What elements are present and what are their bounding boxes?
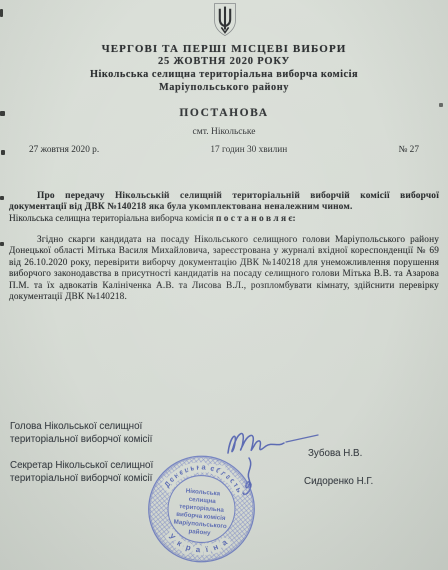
election-heading-line1: ЧЕРГОВІ ТА ПЕРШІ МІСЦЕВІ ВИБОРИ <box>0 43 448 55</box>
stamp-center-line: району <box>188 528 211 537</box>
scan-artifact <box>0 9 3 17</box>
chairperson-title: Голова Нікольської селищної територіальн… <box>10 420 205 446</box>
secretary-name: Сидоренко Н.Г. <box>304 475 373 488</box>
scan-artifact <box>439 103 443 107</box>
document-body: Про передачу Нікольській селищній терито… <box>9 191 439 304</box>
ukraine-trident-icon <box>212 2 238 38</box>
commission-round-stamp: Донецька область У к р а ї н а Нікольськ… <box>140 447 263 570</box>
resolution-line: Нікольська селищна територіальна виборча… <box>9 214 439 226</box>
resolve-intro: Нікольська селищна територіальна виборча… <box>9 214 214 224</box>
scan-artifact <box>0 196 4 200</box>
resolve-word: п о с т а н о в л я є: <box>216 214 296 224</box>
election-heading-line2: 25 ЖОВТНЯ 2020 РОКУ <box>0 56 448 67</box>
settlement-name: смт. Нікольське <box>0 127 448 137</box>
document-page: ЧЕРГОВІ ТА ПЕРШІ МІСЦЕВІ ВИБОРИ 25 ЖОВТН… <box>0 0 448 570</box>
body-paragraph: Згідно скарги кандидата на посаду Ніколь… <box>9 235 439 304</box>
district-name: Маріупольського району <box>0 82 448 93</box>
document-date: 27 жовтня 2020 р. <box>29 145 99 155</box>
document-meta-row: 27 жовтня 2020 р. 17 годин 30 хвилин № 2… <box>0 145 448 155</box>
subject-paragraph: Про передачу Нікольській селищній терито… <box>9 191 439 213</box>
scan-artifact <box>0 111 5 116</box>
scan-artifact <box>1 150 5 155</box>
scan-artifact <box>0 242 4 246</box>
commission-name: Нікольська селищна територіальна виборча… <box>0 69 448 80</box>
document-type-title: ПОСТАНОВА <box>0 107 448 119</box>
document-time: 17 годин 30 хвилин <box>210 145 287 155</box>
document-number: № 27 <box>398 145 419 155</box>
